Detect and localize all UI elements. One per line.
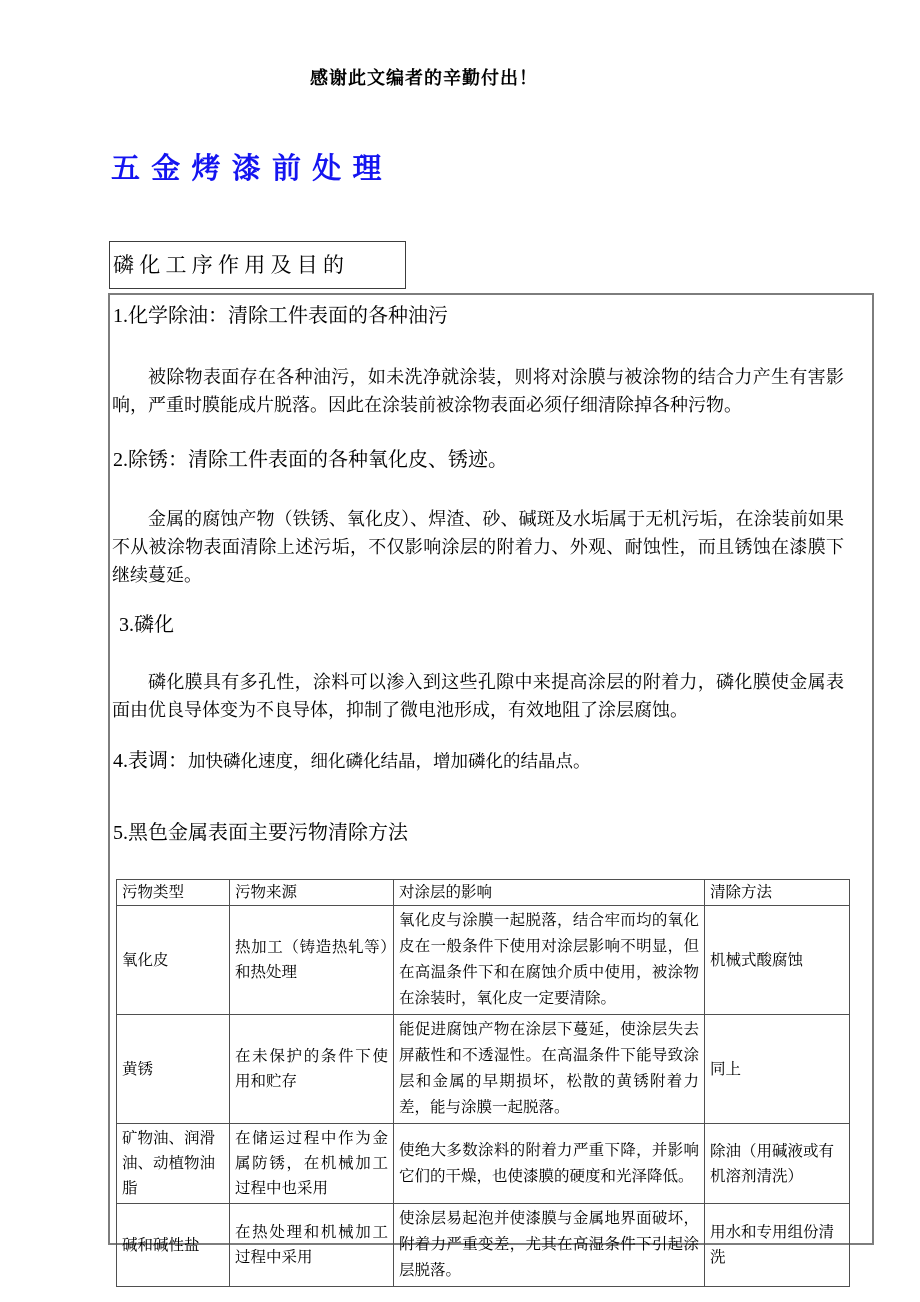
cell-coating-effect: 能促进腐蚀产物在涂层下蔓延，使涂层失去屏蔽性和不透湿性。在高温条件下能导致涂层和… xyxy=(394,1015,705,1124)
cell-pollutant-type: 黄锈 xyxy=(117,1015,230,1124)
page-title: 五 金 烤 漆 前 处 理 xyxy=(111,146,384,187)
column-header-pollutant-source: 污物来源 xyxy=(230,880,394,906)
column-header-removal-method: 清除方法 xyxy=(705,880,850,906)
section-5-heading: 5.黑色金属表面主要污物清除方法 xyxy=(113,820,870,846)
cell-coating-effect: 氧化皮与涂膜一起脱落，结合牢而均的氧化皮在一般条件下使用对涂层影响不明显，但在高… xyxy=(394,906,705,1015)
content-box: 1.化学除油：清除工件表面的各种油污 被除物表面存在各种油污，如未洗净就涂装，则… xyxy=(108,293,874,1245)
phosphating-purpose-heading: 磷 化 工 序 作 用 及 目 的 xyxy=(113,253,344,277)
table-row-mineral-oil: 矿物油、润滑油、动植物油脂 在储运过程中作为金属防锈，在机械加工过程中也采用 使… xyxy=(117,1124,850,1204)
cell-pollutant-source: 热加工（铸造热轧等）和热处理 xyxy=(230,906,394,1015)
section-4-line: 4.表调：加快磷化速度，细化磷化结晶，增加磷化的结晶点。 xyxy=(113,748,870,776)
cell-pollutant-source: 在储运过程中作为金属防锈，在机械加工过程中也采用 xyxy=(230,1124,394,1204)
table-header-row: 污物类型 污物来源 对涂层的影响 清除方法 xyxy=(117,880,850,906)
column-header-coating-effect: 对涂层的影响 xyxy=(394,880,705,906)
table-row-alkali-salts: 碱和碱性盐 在热处理和机械加工过程中采用 使涂层易起泡并使漆膜与金属地界面破坏，… xyxy=(117,1204,850,1287)
cell-pollutant-type: 碱和碱性盐 xyxy=(117,1204,230,1287)
section-3-paragraph: 磷化膜具有多孔性，涂料可以渗入到这些孔隙中来提高涂层的附着力，磷化膜使金属表面由… xyxy=(112,668,870,724)
section-1-paragraph: 被除物表面存在各种油污，如未洗净就涂装，则将对涂膜与被涂物的结合力产生有害影响，… xyxy=(112,363,870,419)
cell-removal-method: 用水和专用组份清洗 xyxy=(705,1204,850,1287)
document-page: { "colors": { "title_blue": "#1414f0", "… xyxy=(0,0,920,1302)
cell-removal-method: 同上 xyxy=(705,1015,850,1124)
cell-removal-method: 除油（用碱液或有机溶剂清洗） xyxy=(705,1124,850,1204)
cell-pollutant-type: 氧化皮 xyxy=(117,906,230,1015)
cell-pollutant-source: 在未保护的条件下使用和贮存 xyxy=(230,1015,394,1124)
section-2-paragraph: 金属的腐蚀产物（铁锈、氧化皮）、焊渣、砂、碱斑及水垢属于无机污垢，在涂装前如果不… xyxy=(112,505,870,589)
cell-pollutant-source: 在热处理和机械加工过程中采用 xyxy=(230,1204,394,1287)
column-header-pollutant-type: 污物类型 xyxy=(117,880,230,906)
cell-coating-effect: 使绝大多数涂料的附着力严重下降，并影响它们的干燥，也使漆膜的硬度和光泽降低。 xyxy=(394,1124,705,1204)
phosphating-purpose-box: 磷 化 工 序 作 用 及 目 的 xyxy=(109,241,406,289)
cell-coating-effect: 使涂层易起泡并使漆膜与金属地界面破坏，附着力严重变差，尤其在高湿条件下引起涂层脱… xyxy=(394,1204,705,1287)
section-1-heading: 1.化学除油：清除工件表面的各种油污 xyxy=(113,303,870,329)
table-row-yellow-rust: 黄锈 在未保护的条件下使用和贮存 能促进腐蚀产物在涂层下蔓延，使涂层失去屏蔽性和… xyxy=(117,1015,850,1124)
cell-removal-method: 机械式酸腐蚀 xyxy=(705,906,850,1015)
table-row-oxide-scale: 氧化皮 热加工（铸造热轧等）和热处理 氧化皮与涂膜一起脱落，结合牢而均的氧化皮在… xyxy=(117,906,850,1015)
section-2-heading: 2.除锈：清除工件表面的各种氧化皮、锈迹。 xyxy=(113,447,870,473)
section-3-heading: 3.磷化 xyxy=(119,612,870,638)
section-4-heading: 4.表调： xyxy=(113,750,188,772)
pollutant-removal-table: 污物类型 污物来源 对涂层的影响 清除方法 氧化皮 热加工（铸造热轧等）和热处理… xyxy=(116,879,850,1287)
cell-pollutant-type: 矿物油、润滑油、动植物油脂 xyxy=(117,1124,230,1204)
thanks-note: 感谢此文编者的辛勤付出！ xyxy=(310,64,538,90)
section-4-text: 加快磷化速度，细化磷化结晶，增加磷化的结晶点。 xyxy=(188,751,591,771)
